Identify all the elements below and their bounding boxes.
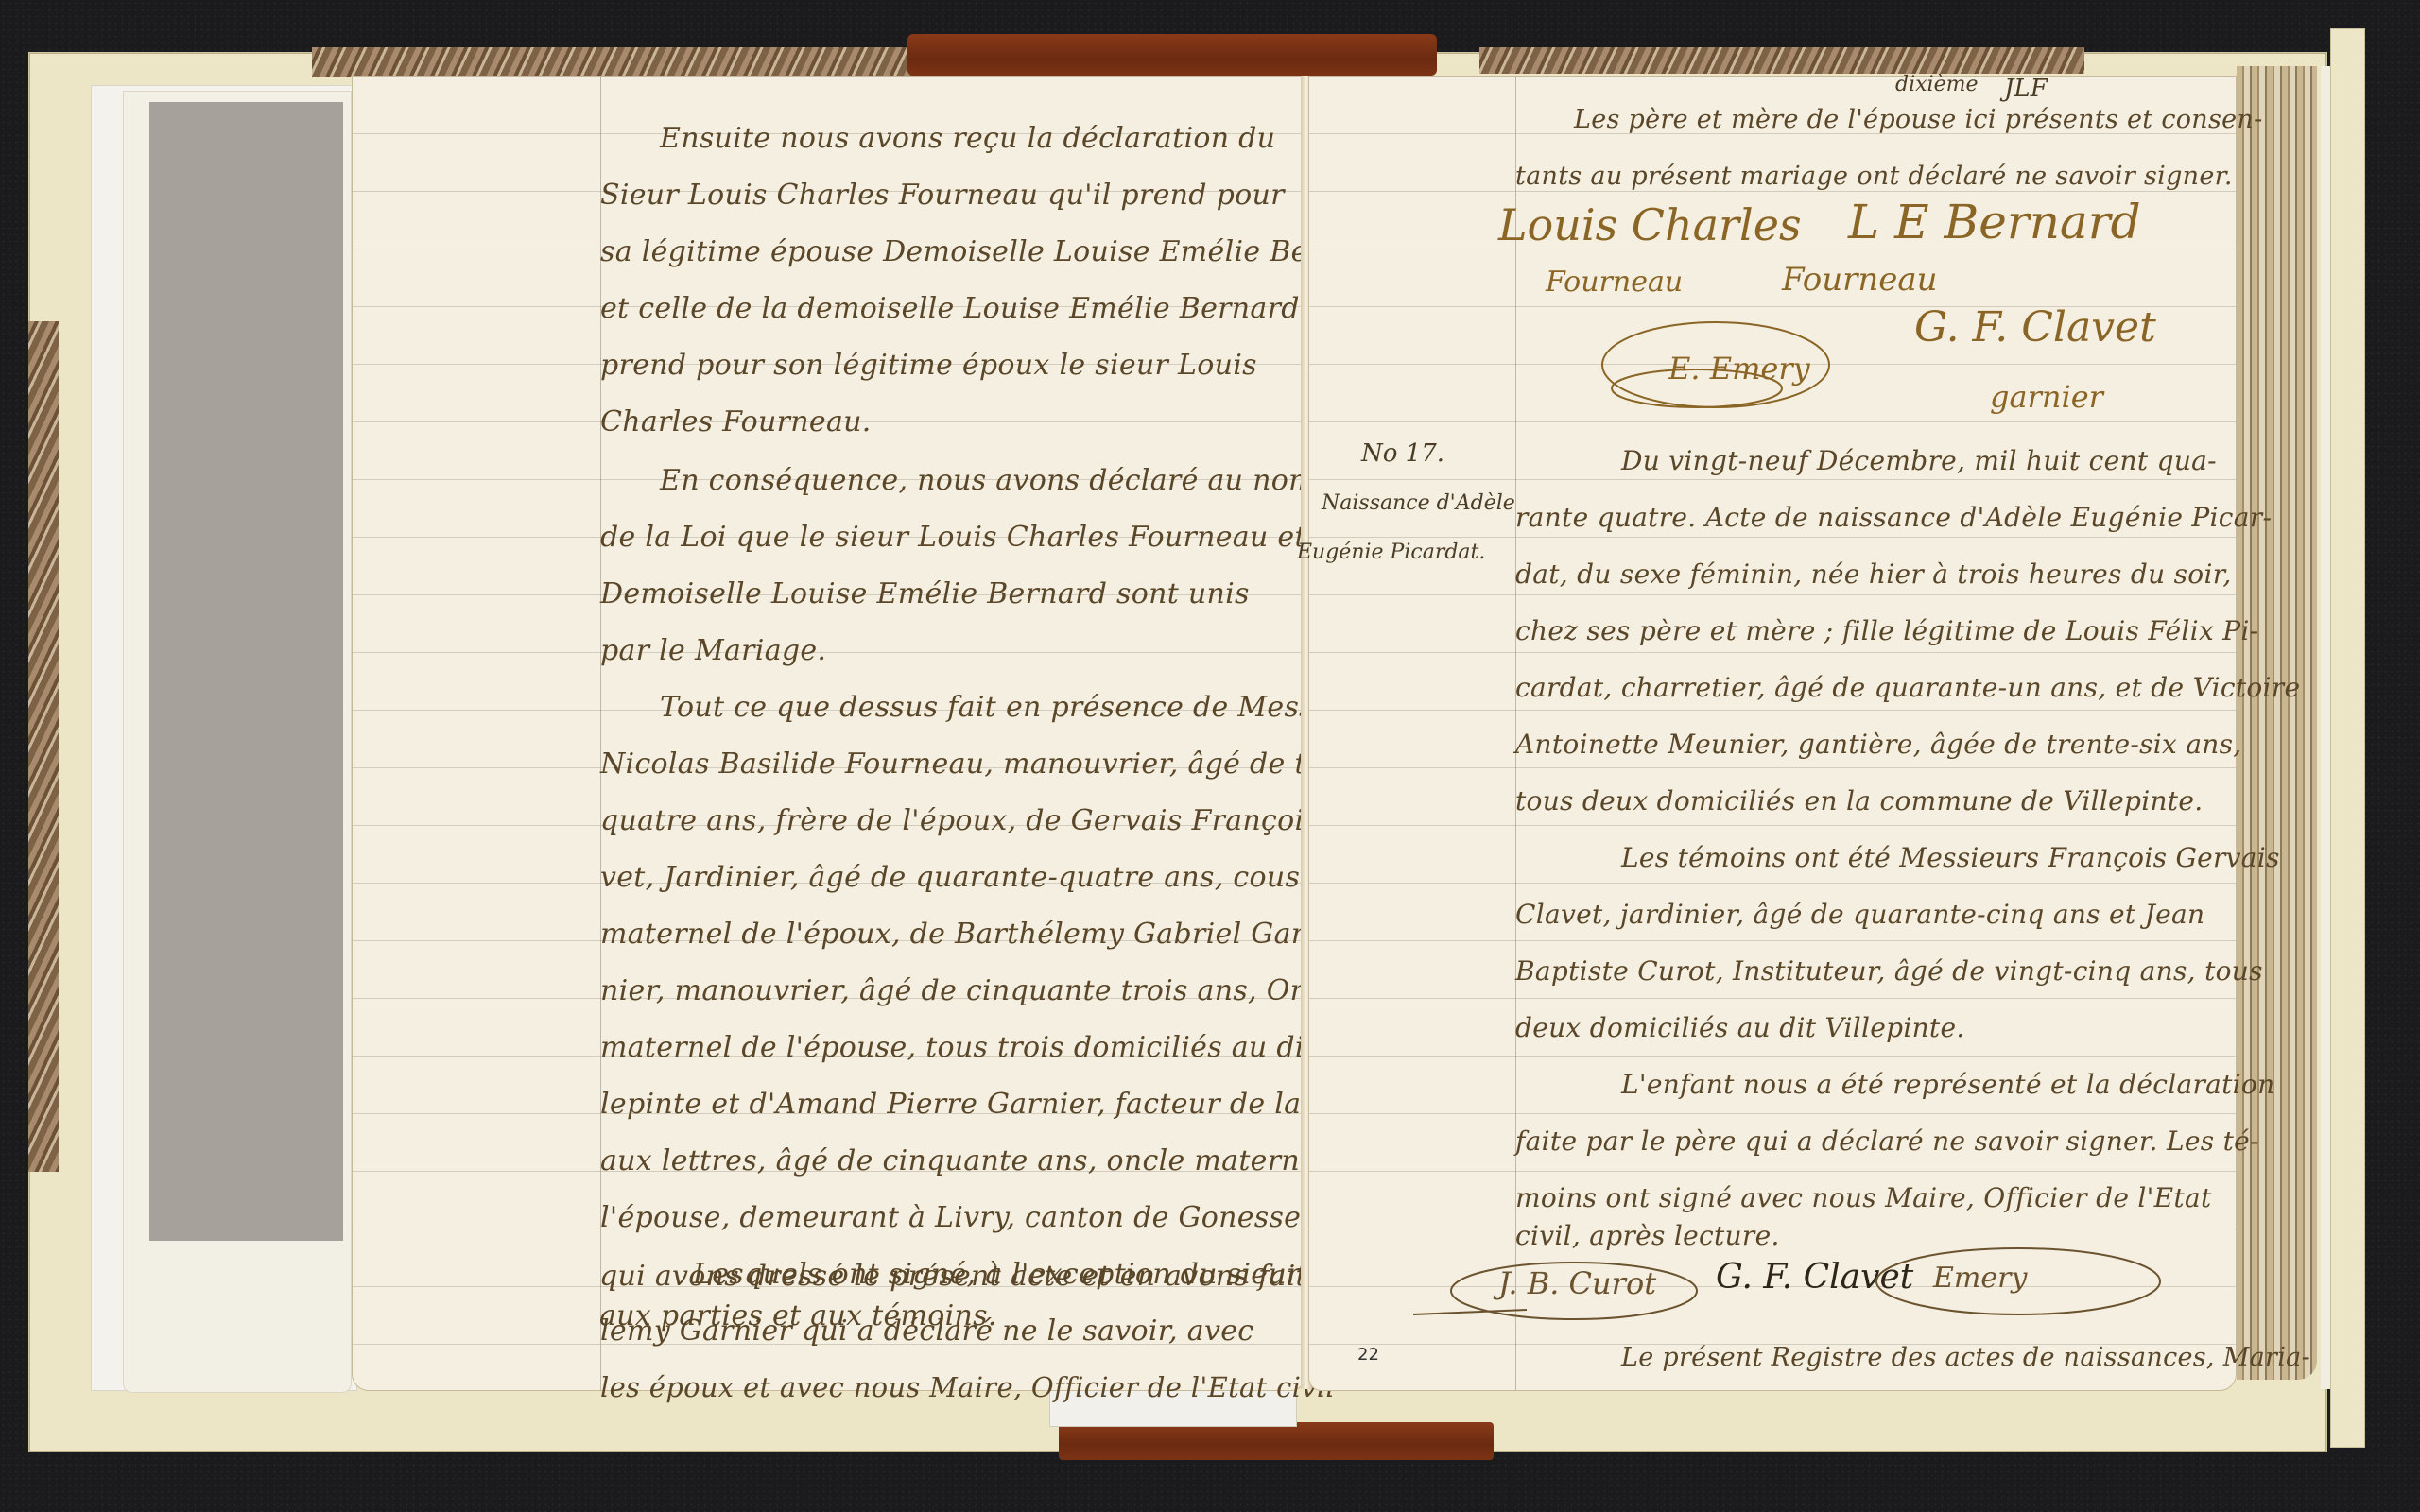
text-line: Les témoins ont été Messieurs François G… — [1621, 842, 2280, 873]
text-line: Baptiste Curot, Instituteur, âgé de ving… — [1515, 955, 2263, 987]
text-line: maternel de l'épouse, tous trois domicil… — [600, 1031, 1374, 1064]
text-line: deux domiciliés au dit Villepinte. — [1515, 1012, 1965, 1043]
text-line: Les père et mère de l'épouse ici présent… — [1574, 105, 2263, 134]
page-edge-cream — [2321, 66, 2330, 1389]
dixieme-annotation: dixième — [1895, 73, 1978, 96]
left-page: Ensuite nous avons reçu la déclaration d… — [352, 76, 1305, 1391]
text-line: Ensuite nous avons reçu la déclaration d… — [660, 122, 1275, 155]
text-line: L'enfant nous a été représenté et la déc… — [1621, 1069, 2274, 1100]
text-line: par le Mariage. — [600, 634, 826, 667]
leather-spine-bottom — [1059, 1422, 1494, 1460]
marbled-paper-top-right — [1479, 47, 2084, 74]
record-number: No 17. — [1361, 439, 1444, 468]
text-line: Antoinette Meunier, gantière, âgée de tr… — [1515, 729, 2242, 760]
vellum-flap-right — [2330, 28, 2365, 1448]
text-line: et celle de la demoiselle Louise Emélie … — [600, 292, 1407, 325]
signature: G. F. Clavet — [1914, 303, 2156, 352]
text-line: Le présent Registre des actes de naissan… — [1621, 1343, 2310, 1372]
text-line: les époux et avec nous Maire, Officier d… — [600, 1371, 1335, 1403]
text-line: chez ses père et mère ; fille légitime d… — [1515, 615, 2258, 646]
text-line: nier, manouvrier, âgé de cinquante trois… — [600, 974, 1351, 1007]
text-line: moins ont signé avec nous Maire, Officie… — [1515, 1182, 2212, 1213]
page-edges — [2237, 66, 2317, 1380]
text-line: En conséquence, nous avons déclaré au no… — [660, 464, 1316, 497]
text-line: dat, du sexe féminin, née hier à trois h… — [1515, 558, 2232, 590]
record-title: Naissance d'Adèle — [1322, 491, 1515, 515]
leather-spine-top — [907, 34, 1437, 76]
text-line: cardat, charretier, âgé de quarante-un a… — [1515, 672, 2300, 703]
text-line: prend pour son légitime époux le sieur L… — [600, 349, 1257, 382]
text-line: tants au présent mariage ont déclaré ne … — [1515, 162, 2233, 191]
text-line: quatre ans, frère de l'époux, de Gervais… — [600, 804, 1387, 837]
marbled-paper-left — [28, 321, 59, 1172]
text-line: tous deux domiciliés en la commune de Vi… — [1515, 785, 2203, 816]
signature-flourish-icon — [1413, 1225, 2169, 1338]
right-page: dixième JLF Les père et mère de l'épouse… — [1308, 76, 2237, 1391]
text-line: rante quatre. Acte de naissance d'Adèle … — [1515, 502, 2272, 533]
text-line: de la Loi que le sieur Louis Charles Fou… — [600, 521, 1342, 554]
text-line: Clavet, jardinier, âgé de quarante-cinq … — [1515, 899, 2204, 930]
signature: garnier — [1990, 379, 2103, 415]
text-line: Nicolas Basilide Fourneau, manouvrier, â… — [600, 747, 1394, 781]
text-line: Demoiselle Louise Emélie Bernard sont un… — [600, 577, 1250, 610]
text-line: Du vingt-neuf Décembre, mil huit cent qu… — [1621, 445, 2217, 476]
text-line: faite par le père qui a déclaré ne savoi… — [1515, 1125, 2259, 1157]
page-number: 22 — [1357, 1345, 1379, 1365]
record-name: Eugénie Picardat. — [1297, 541, 1485, 564]
text-line: lepinte et d'Amand Pierre Garnier, facte… — [600, 1088, 1390, 1121]
text-line: Sieur Louis Charles Fourneau qu'il prend… — [600, 179, 1285, 212]
signature: L E Bernard — [1848, 195, 2141, 249]
text-line: l'épouse, demeurant à Livry, canton de G… — [600, 1201, 1310, 1234]
signature: Louis Charles — [1498, 199, 1802, 250]
text-line: qui avons dressé le présent acte et en a… — [599, 1260, 1420, 1293]
text-line: aux lettres, âgé de cinquante ans, oncle… — [600, 1144, 1371, 1177]
text-line: vet, Jardinier, âgé de quarante-quatre a… — [600, 861, 1328, 894]
text-line: aux parties et aux témoins. — [599, 1299, 997, 1332]
text-line: sa légitime épouse Demoiselle Louise Emé… — [600, 235, 1390, 268]
text-line: Tout ce que dessus fait en présence de M… — [660, 691, 1388, 724]
signature: Fourneau — [1782, 261, 1938, 299]
margin-rule — [600, 77, 601, 1390]
initials-annotation: JLF — [2004, 75, 2048, 103]
text-line: maternel de l'époux, de Barthélemy Gabri… — [600, 918, 1315, 951]
grey-insert-sheet — [149, 102, 343, 1241]
text-line: Charles Fourneau. — [600, 405, 872, 438]
signature-flourish-icon — [1593, 294, 1839, 426]
